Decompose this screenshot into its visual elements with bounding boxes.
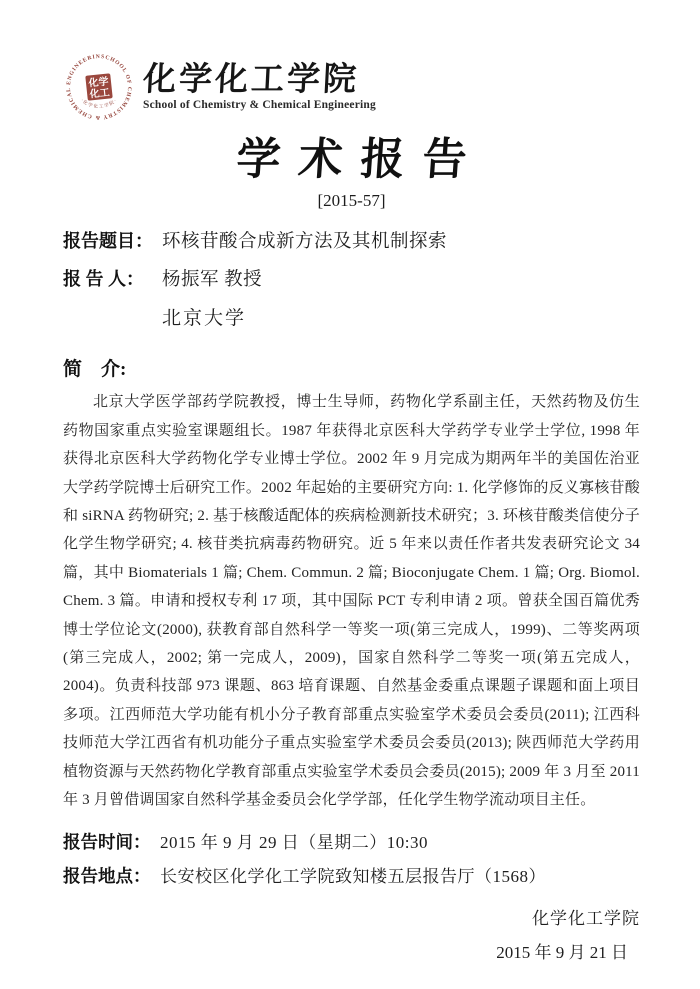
speaker-value: 杨振军 教授 (162, 265, 262, 291)
document-page: SCHOOL OF CHEMISTRY & CHEMICAL ENGINEERI… (0, 0, 700, 989)
speaker-label: 报 告 人： (63, 265, 162, 291)
header: SCHOOL OF CHEMISTRY & CHEMICAL ENGINEERI… (63, 50, 640, 124)
time-value: 2015 年 9 月 29 日（星期二）10:30 (160, 828, 428, 853)
topic-value: 环核苷酸合成新方法及其机制探索 (162, 227, 447, 253)
document-title: 学术报告 (61, 136, 641, 184)
org-name-block: 化学化工学院 School of Chemistry & Chemical En… (143, 63, 376, 111)
org-name-chinese: 化学化工学院 (142, 63, 377, 98)
time-row: 报告时间： 2015 年 9 月 29 日（星期二）10:30 (63, 828, 640, 854)
schedule: 报告时间： 2015 年 9 月 29 日（星期二）10:30 报告地点： 长安… (63, 828, 640, 888)
venue-value: 长安校区化学化工学院致知楼五层报告厅（1568） (160, 862, 546, 887)
time-label: 报告时间： (63, 829, 160, 854)
topic-row: 报告题目： 环核苷酸合成新方法及其机制探索 (63, 227, 640, 253)
venue-row: 报告地点： 长安校区化学化工学院致知楼五层报告厅（1568） (63, 862, 640, 888)
speaker-row: 报 告 人： 杨振军 教授 (63, 265, 640, 291)
school-seal-icon: SCHOOL OF CHEMISTRY & CHEMICAL ENGINEERI… (63, 51, 135, 123)
venue-label: 报告地点： (63, 863, 160, 888)
signature-block: 化学化工学院 2015 年 9 月 21 日 (63, 904, 640, 963)
speaker-affiliation: 北京大学 (162, 303, 640, 330)
org-name-english: School of Chemistry & Chemical Engineeri… (143, 99, 376, 111)
signature-date: 2015 年 9 月 21 日 (63, 938, 640, 963)
signature-org: 化学化工学院 (63, 904, 640, 929)
report-number: [2015-57] (63, 191, 640, 211)
intro-paragraph: 北京大学医学部药学院教授，博士生导师，药物化学系副主任，天然药物及仿生药物国家重… (63, 388, 640, 814)
report-fields: 报告题目： 环核苷酸合成新方法及其机制探索 报 告 人： 杨振军 教授 北京大学 (63, 227, 640, 330)
topic-label: 报告题目： (63, 227, 162, 253)
intro-heading: 简 介: (63, 354, 640, 381)
